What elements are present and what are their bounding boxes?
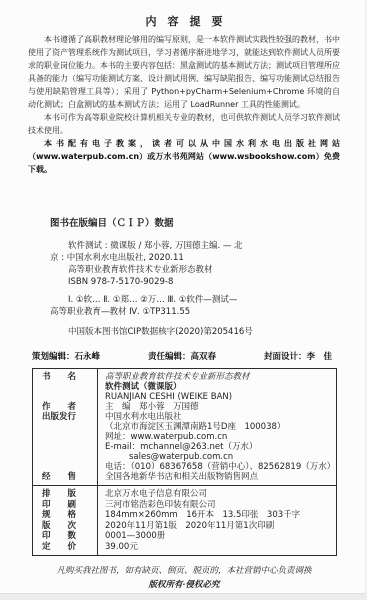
cip-series-line: 高等职业教育软件技术专业新形态教材	[68, 264, 340, 276]
publisher-phone: 电话：（010）68367658（营销中心）、82562819（万水）	[105, 462, 336, 472]
publication-table-bottom: 排 版 北京万水电子信息有限公司 印 刷 三河市铭浩彩色印装有限公司 规 格 1…	[33, 485, 336, 555]
table-row-author: 作 者 主 编 郑小蓉 万国德	[33, 402, 336, 412]
printing-value: 三河市铭浩彩色印装有限公司	[97, 500, 336, 511]
table-row-edition: 版 次 2020年11月第1版 2020年11月第1次印刷	[33, 521, 336, 532]
cip-classification-block: Ⅰ. ①软… Ⅱ. ①郑… ②万… Ⅲ. ①软件—测试— 高等职业教育—教材 Ⅳ…	[50, 294, 340, 318]
publication-info-table: 书 名 高等职业教育软件技术专业新形态教材 软件测试（微课版） RUANJIAN…	[32, 368, 337, 556]
table-row-printing: 印 刷 三河市铭浩彩色印装有限公司	[33, 500, 336, 511]
publisher-address: （北京市海淀区玉渊潭南路1号D座 100038）	[105, 422, 336, 432]
abstract-section: 内 容 提 要 本书遵循了高职教材理论够用的编写原则，是一本软件测试实践性较强的…	[28, 16, 340, 176]
cip-record-number: 中国版本图书馆CIP数据核字(2020)第205416号	[68, 326, 340, 338]
author-label: 作 者	[33, 402, 97, 412]
cip-section: 图书在版编目（ＣＩＰ）数据 软件测试 : 微课版 / 郑小蓉, 万国德主编. —…	[50, 218, 340, 338]
footer-notices: 凡购买我社图书，如有缺页、倒页、脱页的，本社营销中心负责调换 版权所有·侵权必究	[28, 564, 340, 592]
cip-isbn-line: ISBN 978-7-5170-9029-8	[68, 276, 340, 288]
page-content: 内 容 提 要 本书遵循了高职教材理论够用的编写原则，是一本软件测试实践性较强的…	[0, 0, 367, 592]
publisher-email-1: E-mail：mchannel@263.net（万水）	[105, 442, 336, 452]
abstract-paragraph-1: 本书遵循了高职教材理论够用的编写原则，是一本软件测试实践性较强的教材，书中使用了…	[28, 33, 340, 111]
abstract-paragraph-2: 本书可作为高等职业院校计算机相关专业的教材，也可供软件测试人员学习软件测试技术使…	[28, 111, 340, 137]
table-row-book-title: 书 名 高等职业教育软件技术专业新形态教材 软件测试（微课版） RUANJIAN…	[33, 372, 336, 402]
format-value: 184mm×260mm 16开本 13.5印张 303千字	[97, 510, 336, 521]
abstract-paragraph-download: 本书配有电子教案，读者可以从中国水利水电出版社网站（www.waterpub.c…	[28, 137, 340, 176]
edition-value: 2020年11月第1版 2020年11月第1次印刷	[97, 521, 336, 532]
table-row-publisher: 出版发行 中国水利水电出版社 （北京市海淀区玉渊潭南路1号D座 100038） …	[33, 412, 336, 472]
table-row-price: 定 价 39.00元	[33, 542, 336, 553]
cip-heading: 图书在版编目（ＣＩＰ）数据	[50, 218, 340, 230]
book-title-label: 书 名	[33, 372, 97, 382]
scan-bottom-edge	[0, 593, 367, 600]
cip-classification-line-1: Ⅰ. ①软… Ⅱ. ①郑… ②万… Ⅲ. ①软件—测试—	[68, 294, 340, 306]
planning-editor: 策划编辑：石永峰	[32, 351, 100, 363]
cip-title-line: 软件测试 : 微课版 / 郑小蓉, 万国德主编. — 北	[68, 240, 340, 252]
copyright-page: 内 容 提 要 本书遵循了高职教材理论够用的编写原则，是一本软件测试实践性较强的…	[0, 0, 367, 600]
editors-row: 策划编辑：石永峰 责任编辑：高双春 封面设计：李 佳	[32, 351, 332, 363]
publisher-name: 中国水利水电出版社	[105, 412, 336, 422]
publisher-email-2: sales@waterpub.com.cn	[129, 452, 336, 462]
cip-classification-line-2: 高等职业教育—教材 Ⅳ. ①TP311.55	[50, 306, 340, 318]
book-title-pinyin: RUANJIAN CESHI (WEIKE BAN)	[105, 392, 336, 402]
exchange-notice: 凡购买我社图书，如有缺页、倒页、脱页的，本社营销中心负责调换	[28, 564, 340, 578]
distribution-value: 全国各地新华书店和相关出版物销售网点	[97, 472, 336, 482]
book-title: 软件测试（微课版）	[105, 382, 336, 392]
table-row-typesetting: 排 版 北京万水电子信息有限公司	[33, 489, 336, 500]
publisher-label: 出版发行	[33, 412, 97, 422]
responsible-editor: 责任编辑：高双春	[148, 351, 216, 363]
publisher-website: 网址：www.waterpub.com.cn	[105, 432, 336, 442]
distribution-label: 经 售	[33, 472, 97, 482]
price-value: 39.00元	[97, 542, 336, 553]
abstract-title: 内 容 提 要	[28, 16, 340, 28]
series-title: 高等职业教育软件技术专业新形态教材	[105, 372, 336, 382]
cip-record-block: 软件测试 : 微课版 / 郑小蓉, 万国德主编. — 北 京 : 中国水利水电出…	[50, 240, 340, 288]
typesetting-value: 北京万水电子信息有限公司	[97, 489, 336, 500]
author-value: 主 编 郑小蓉 万国德	[97, 402, 336, 412]
publication-table-top: 书 名 高等职业教育软件技术专业新形态教材 软件测试（微课版） RUANJIAN…	[33, 369, 336, 485]
cover-designer: 封面设计：李 佳	[264, 351, 332, 363]
print-run-value: 0001—3000册	[97, 531, 336, 542]
table-row-distribution: 经 售 全国各地新华书店和相关出版物销售网点	[33, 472, 336, 482]
table-row-print-run: 印 数 0001—3000册	[33, 531, 336, 542]
cip-publisher-line: 京 : 中国水利水电出版社, 2020.11	[50, 252, 340, 264]
copyright-notice: 版权所有·侵权必究	[28, 578, 340, 592]
table-row-format: 规 格 184mm×260mm 16开本 13.5印张 303千字	[33, 510, 336, 521]
